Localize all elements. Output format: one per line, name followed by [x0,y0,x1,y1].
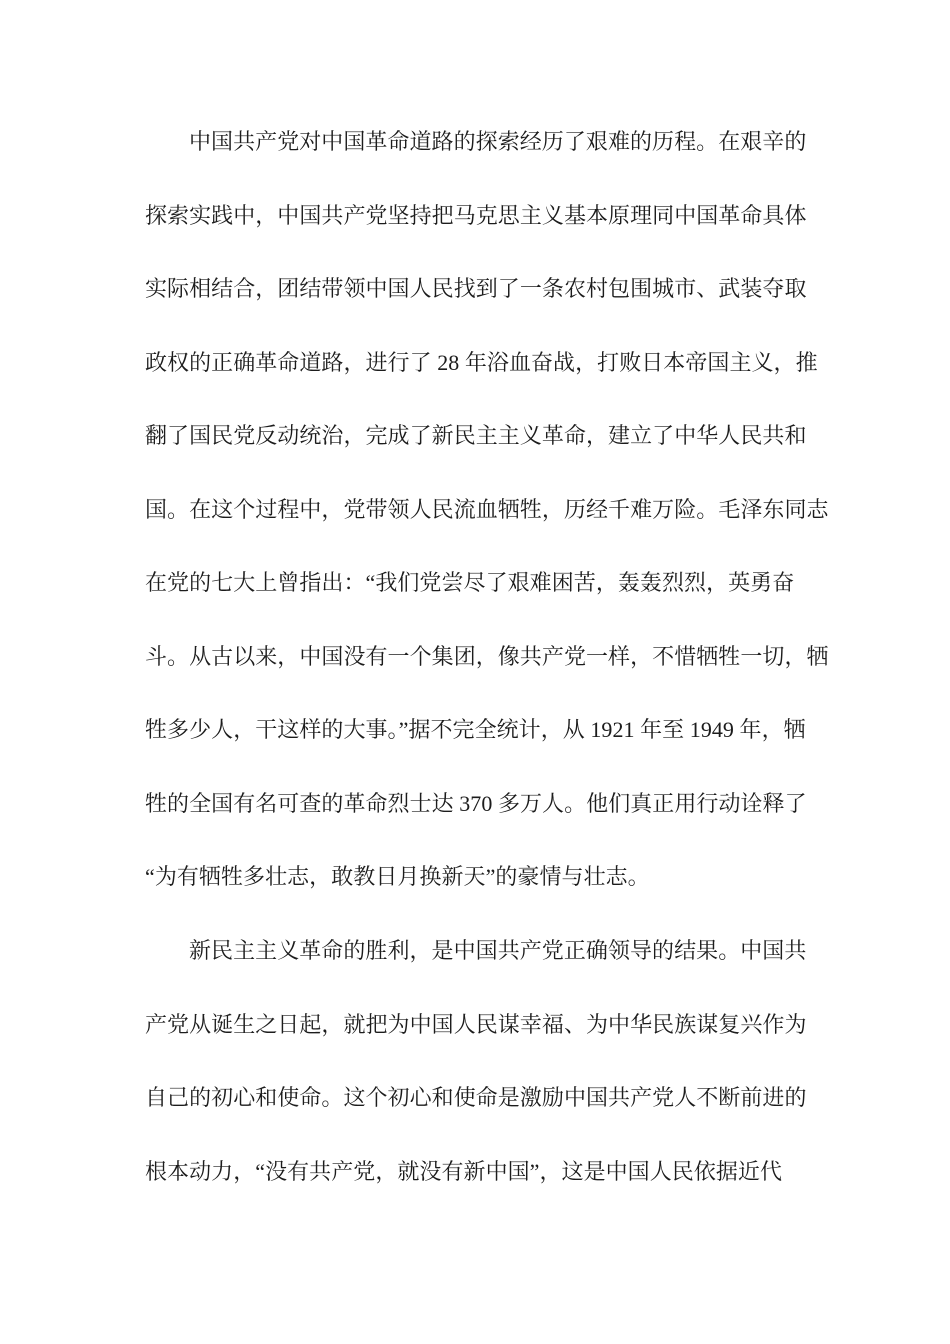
text-line: 斗。从古以来，中国没有一个集团，像共产党一样，不惜牺牲一切，牺 [145,620,808,694]
text-line: 牲的全国有名可查的革命烈士达 370 多万人。他们真正用行动诠释了 [145,767,808,841]
text-line: 实际相结合，团结带领中国人民找到了一条农村包围城市、武装夺取 [145,252,808,326]
text-line: 牲多少人，干这样的大事。”据不完全统计，从 1921 年至 1949 年，牺 [145,693,808,767]
document-body-text: 中国共产党对中国革命道路的探索经历了艰难的历程。在艰辛的 探索实践中，中国共产党… [145,105,808,1208]
text-line: 自己的初心和使命。这个初心和使命是激励中国共产党人不断前进的 [145,1061,808,1135]
text-line: 产党从诞生之日起，就把为中国人民谋幸福、为中华民族谋复兴作为 [145,988,808,1062]
text-line: 中国共产党对中国革命道路的探索经历了艰难的历程。在艰辛的 [145,105,808,179]
text-line: 政权的正确革命道路，进行了 28 年浴血奋战，打败日本帝国主义，推 [145,326,808,400]
text-line: 根本动力，“没有共产党，就没有新中国”，这是中国人民依据近代 [145,1135,808,1209]
text-line: 在党的七大上曾指出：“我们党尝尽了艰难困苦，轰轰烈烈，英勇奋 [145,546,808,620]
text-line: 翻了国民党反动统治，完成了新民主主义革命，建立了中华人民共和 [145,399,808,473]
text-line: 探索实践中，中国共产党坚持把马克思主义基本原理同中国革命具体 [145,179,808,253]
text-line: 新民主主义革命的胜利，是中国共产党正确领导的结果。中国共 [145,914,808,988]
text-line: 国。在这个过程中，党带领人民流血牺牲，历经千难万险。毛泽东同志 [145,473,808,547]
document-page: 中国共产党对中国革命道路的探索经历了艰难的历程。在艰辛的 探索实践中，中国共产党… [0,0,950,1344]
text-line: “为有牺牲多壮志，敢教日月换新天”的豪情与壮志。 [145,840,808,914]
